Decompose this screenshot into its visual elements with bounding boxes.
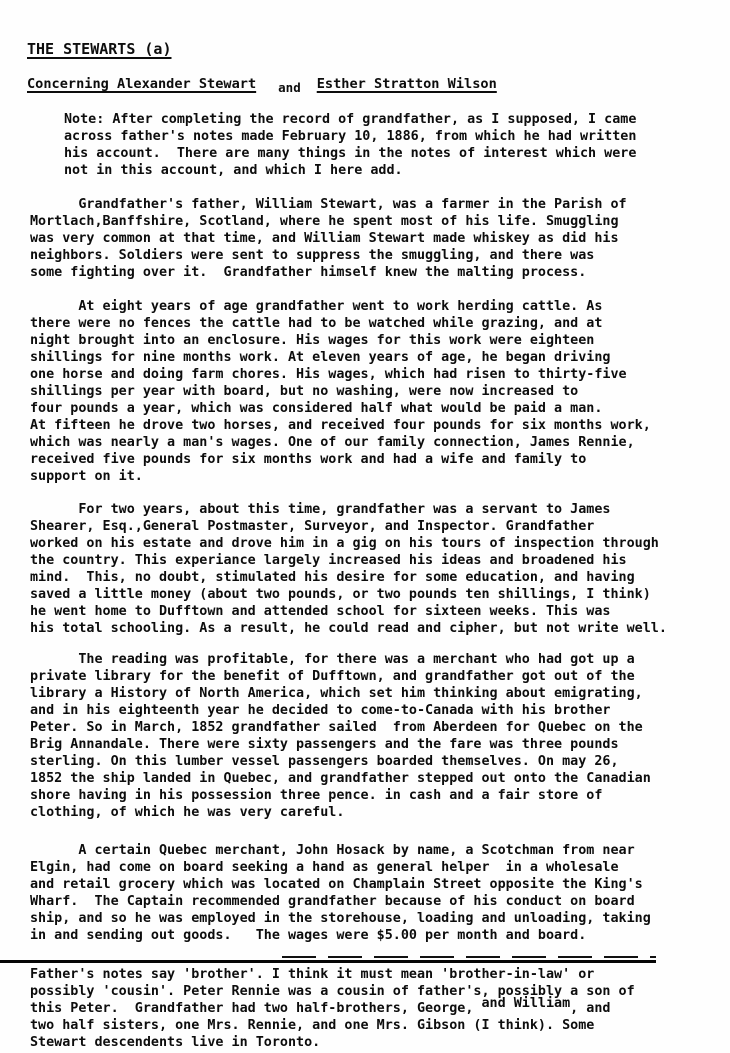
footnote-line: two half sisters, one Mrs. Rennie, and o…	[30, 1017, 710, 1034]
paragraph-emigration: The reading was profitable, for there wa…	[30, 651, 690, 821]
paragraph-john-hosack: A certain Quebec merchant, John Hosack b…	[30, 842, 690, 944]
footnote-line: this Peter. Grandfather had two half-bro…	[30, 1000, 710, 1017]
paragraph-william-stewart: Grandfather's father, William Stewart, w…	[30, 196, 690, 281]
footnote-separator-rule	[0, 960, 656, 963]
document-title: THE STEWARTS (a)	[27, 40, 172, 58]
footnote-block: Father's notes say 'brother'. I think it…	[30, 966, 710, 1051]
typewritten-document-page: THE STEWARTS (a) Concerning Alexander St…	[0, 0, 730, 1053]
subtitle-name-alexander-stewart: Concerning Alexander Stewart	[27, 76, 256, 92]
note-paragraph: Note: After completing the record of gra…	[64, 111, 674, 179]
subtitle-conjunction: and	[278, 79, 301, 97]
document-subtitle: Concerning Alexander StewartandEsther St…	[27, 75, 497, 93]
paragraph-herding-cattle: At eight years of age grandfather went t…	[30, 298, 690, 485]
footnote-line3-raised-correction: and William	[481, 996, 570, 1011]
footnote-separator-dashes	[282, 956, 656, 958]
footnote-line: Stewart descendents live in Toronto.	[30, 1034, 710, 1051]
footnote-line3-start: this Peter. Grandfather had two half-bro…	[30, 1001, 481, 1016]
footnote-line: Father's notes say 'brother'. I think it…	[30, 966, 710, 983]
paragraph-james-shearer: For two years, about this time, grandfat…	[30, 501, 690, 637]
footnote-line3-end: , and	[570, 1001, 610, 1016]
subtitle-name-esther-stratton-wilson: Esther Stratton Wilson	[317, 76, 497, 92]
footnote-line: possibly 'cousin'. Peter Rennie was a co…	[30, 983, 710, 1000]
